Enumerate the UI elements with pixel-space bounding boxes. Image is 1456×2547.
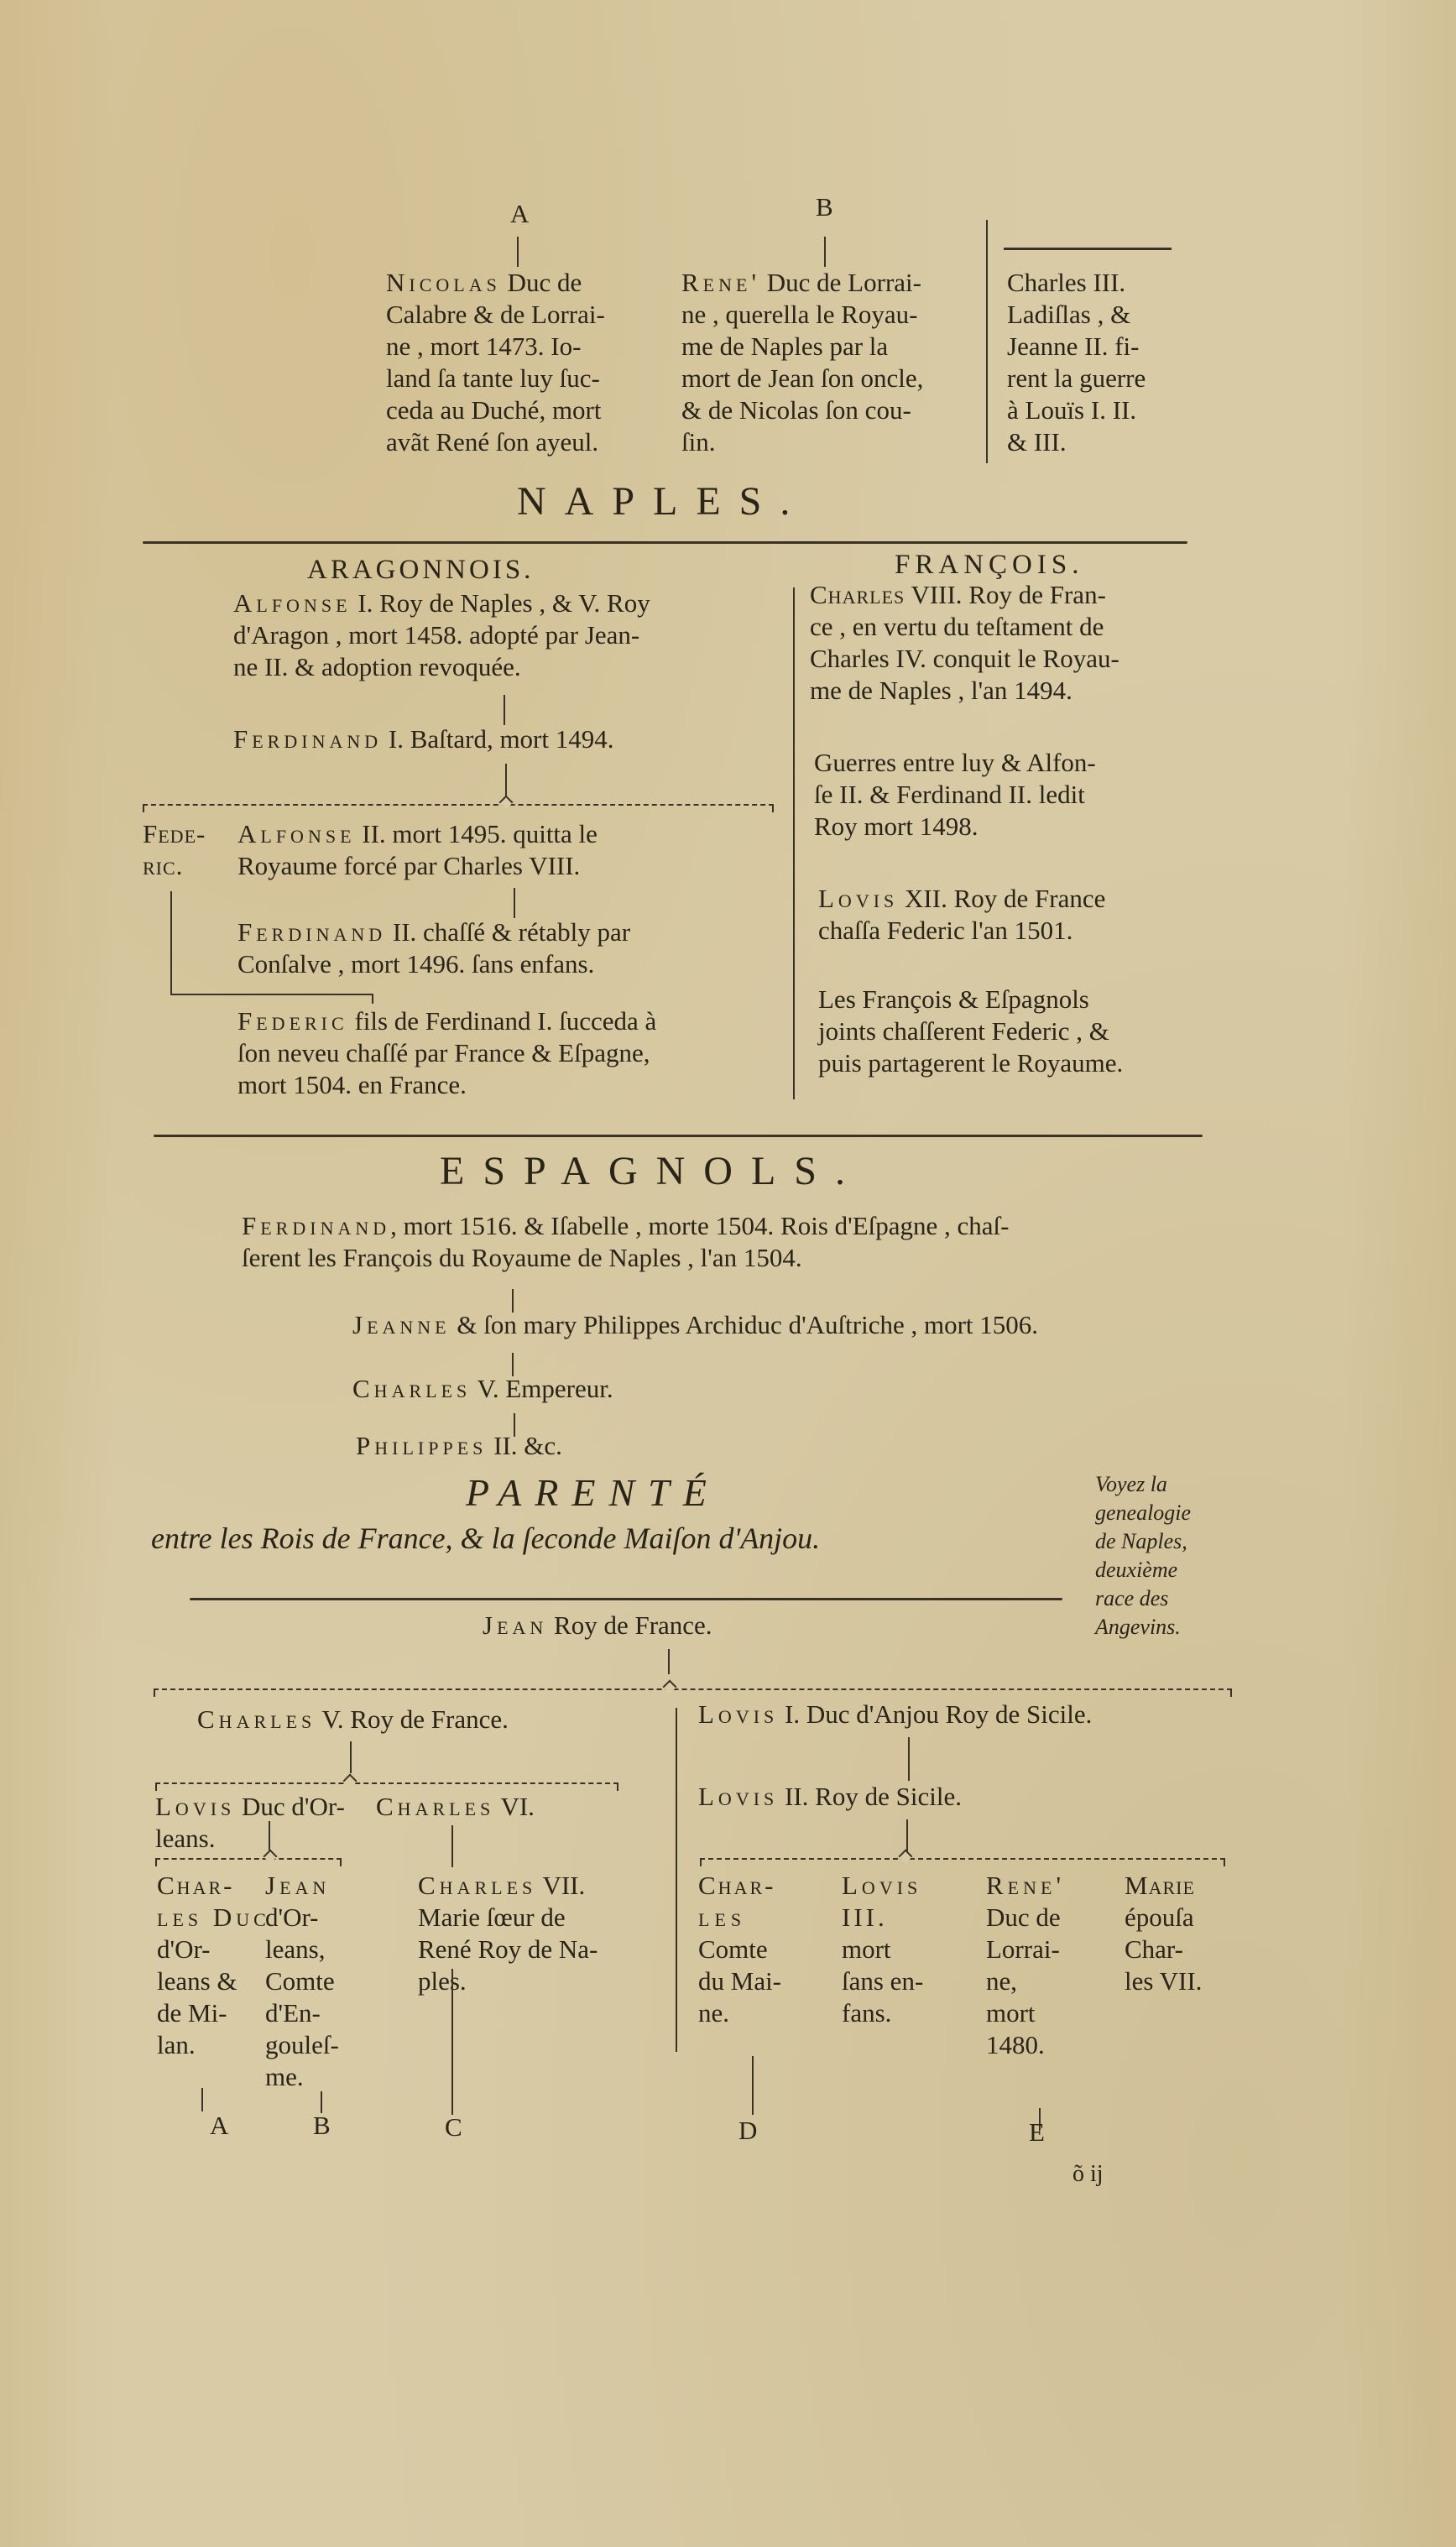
connector-line — [906, 1819, 908, 1851]
person-name: Alfonse — [233, 588, 352, 618]
parente-subtitle: entre les Rois de France, & la ſeconde M… — [151, 1521, 820, 1556]
person-name: Charles — [376, 1792, 494, 1821]
person-name: Charles — [352, 1374, 471, 1403]
ferdinand-i-entry: Ferdinand I. Baſtard, mort 1494. — [233, 723, 614, 755]
person-name: Lovis — [698, 1782, 778, 1811]
francois-paragraph-1: Charles VIII. Roy de Fran- ce , en vertu… — [810, 579, 1119, 707]
connector-line — [372, 994, 373, 1004]
charles-iii-entry: Charles III. Ladiſlas , & Jeanne II. fi-… — [1007, 267, 1145, 458]
person-name: Charles — [810, 580, 905, 609]
connector-line — [505, 764, 507, 797]
section-rule — [154, 1135, 1203, 1137]
louis-ii-entry: Lovis II. Roy de Sicile. — [698, 1781, 962, 1813]
ferdinand-ii-entry: Ferdinand II. chaſſé & rétably par Conſa… — [237, 916, 630, 980]
connector-line — [752, 2056, 754, 2115]
aragonnois-heading: ARAGONNOIS. — [307, 554, 534, 586]
person-name: Charles — [418, 1871, 536, 1900]
federic-entry: Federic fils de Ferdinand I. ſucceda à ſ… — [237, 1005, 656, 1101]
connector-line — [517, 237, 519, 267]
federic-side-label: Fede- ric. — [143, 818, 206, 882]
person-name: Ferdinand — [242, 1211, 390, 1240]
person-name: Federic — [237, 1006, 348, 1036]
connector-line — [170, 891, 172, 994]
connector-line — [504, 695, 505, 725]
section-rule — [1004, 248, 1172, 250]
alfonse-ii-entry: Alfonse II. mort 1495. quitta le Royaume… — [237, 818, 598, 882]
page-signature: õ ij — [1072, 2158, 1104, 2190]
person-name: Ferdinand — [237, 917, 386, 947]
connector-line — [514, 888, 515, 918]
connector-line — [451, 1969, 453, 2115]
louis-iii-entry: Lovis III. mort ſans en- fans. — [842, 1870, 923, 2029]
philippes-ii-entry: Philippes II. &c. — [356, 1430, 562, 1462]
charles-v-entry: Charles V. Roy de France. — [197, 1704, 509, 1735]
charles-v-emperor-entry: Charles V. Empereur. — [352, 1373, 613, 1405]
rene-lorraine-entry: Rene' Duc de Lorrai- ne, mort 1480. — [986, 1870, 1065, 2061]
margin-note: Voyez la genealogie de Naples, deuxième … — [1095, 1470, 1191, 1641]
family-brace — [154, 1688, 1232, 1699]
person-name: Lovis — [698, 1699, 778, 1729]
jean-angouleme-entry: Jean d'Or- leans, Comte d'En- gouleſ- me… — [265, 1870, 339, 2093]
person-name: Nicolas — [386, 268, 501, 297]
connector-line — [170, 994, 372, 995]
person-name: Charles — [197, 1704, 316, 1734]
column-divider — [986, 220, 988, 463]
end-label-d: D — [738, 2115, 757, 2147]
francois-paragraph-4: Les François & Eſpagnols joints chaſſere… — [818, 984, 1123, 1079]
connector-line — [908, 1737, 910, 1781]
parente-title: PARENTÉ — [466, 1470, 720, 1515]
label-a: A — [510, 198, 529, 230]
person-name: Ferdinand — [233, 724, 382, 754]
francois-paragraph-3: Lovis XII. Roy de France chaſſa Federic … — [818, 883, 1105, 947]
column-divider — [793, 587, 795, 1099]
francois-paragraph-2: Guerres entre luy & Alfon- ſe II. & Ferd… — [814, 747, 1096, 843]
naples-title: NAPLES. — [517, 478, 808, 525]
person-name: Jeanne — [352, 1310, 451, 1339]
section-rule — [190, 1598, 1062, 1600]
person-name: Lovis — [155, 1792, 235, 1821]
louis-orleans-entry: Lovis Duc d'Or- leans. — [155, 1791, 345, 1855]
alfonse-i-entry: Alfonse I. Roy de Naples , & V. Roy d'Ar… — [233, 587, 650, 683]
connector-line — [824, 237, 826, 267]
connector-line — [451, 1825, 453, 1867]
charles-vi-entry: Charles VI. — [376, 1791, 535, 1823]
jean-entry: Jean Roy de France. — [483, 1610, 712, 1641]
column-divider — [676, 1708, 677, 2052]
end-label-b: B — [313, 2110, 331, 2142]
rene-entry: Rene' Duc de Lorrai- ne , querella le Ro… — [681, 267, 923, 458]
section-rule — [143, 541, 1187, 544]
label-b: B — [816, 191, 833, 223]
connector-line — [350, 1741, 352, 1773]
end-label-e: E — [1029, 2116, 1045, 2148]
charles-maine-entry: Char- les Comte du Mai- ne. — [698, 1870, 781, 2029]
connector-line — [668, 1649, 670, 1674]
jeanne-entry: Jeanne & ſon mary Philippes Archiduc d'A… — [352, 1309, 1038, 1341]
charles-vii-entry: Charles VII. Marie ſœur de René Roy de N… — [418, 1870, 598, 1997]
family-brace — [700, 1858, 1225, 1868]
louis-i-entry: Lovis I. Duc d'Anjou Roy de Sicile. — [698, 1699, 1092, 1730]
end-label-c: C — [445, 2111, 462, 2143]
person-name: Rene' — [681, 268, 760, 297]
person-name: Lovis — [818, 884, 898, 913]
charles-orleans-entry: Char- les Duc d'Or- leans & de Mi- lan. — [157, 1870, 270, 2061]
espagnols-title: ESPAGNOLS. — [440, 1148, 864, 1194]
person-name: Jean — [483, 1610, 547, 1640]
nicolas-entry: Nicolas Duc de Calabre & de Lorrai- ne ,… — [386, 267, 605, 458]
family-brace — [143, 804, 774, 814]
connector-line — [201, 2088, 203, 2111]
person-name: Philippes — [356, 1431, 487, 1460]
ferdinand-isabelle-entry: Ferdinand, mort 1516. & Iſabelle , morte… — [242, 1210, 1010, 1274]
family-brace — [155, 1858, 342, 1868]
marie-entry: Marie épouſa Char- les VII. — [1125, 1870, 1202, 1997]
person-name: Alfonse — [237, 819, 356, 848]
francois-heading: FRANÇOIS. — [895, 549, 1083, 581]
end-label-a: A — [210, 2110, 228, 2142]
